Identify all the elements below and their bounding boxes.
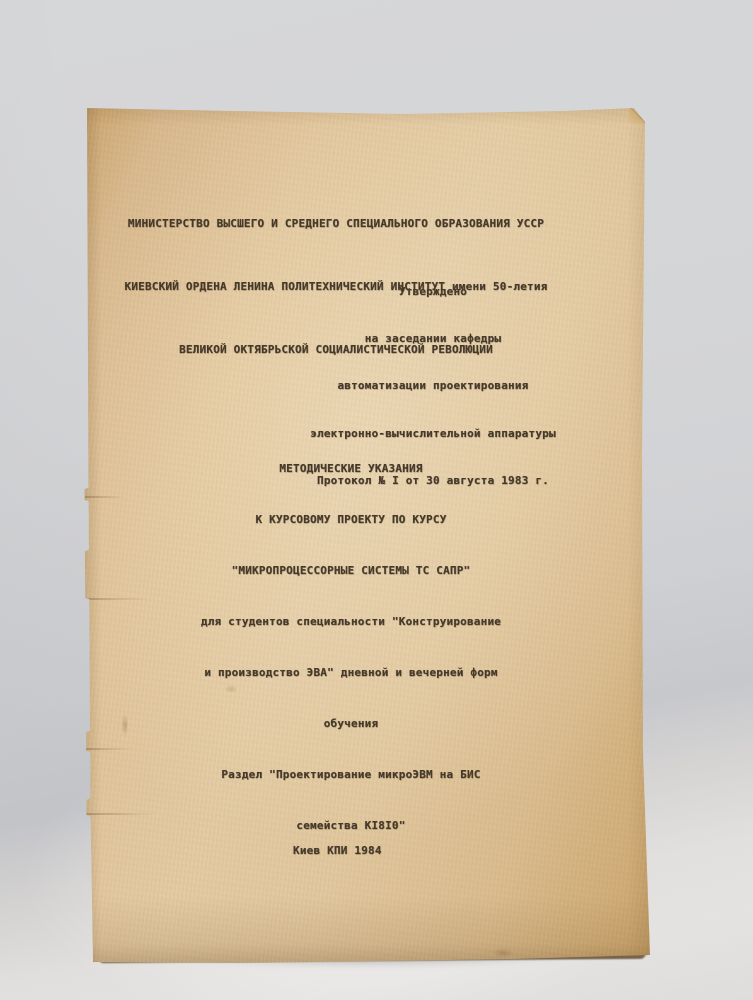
imprint-line: Киев КПИ 1984	[293, 844, 382, 858]
title-line: К КУРСОВОМУ ПРОЕКТУ ПО КУРСУ	[87, 511, 615, 528]
title-line: обучения	[87, 715, 615, 732]
approval-line: Утверждено	[253, 284, 613, 300]
approval-line: на заседании кафедры	[253, 331, 613, 347]
title-block: МЕТОДИЧЕСКИЕ УКАЗАНИЯ К КУРСОВОМУ ПРОЕКТ…	[87, 426, 615, 868]
photo-frame: МИНИСТЕРСТВО ВЫСШЕГО И СРЕДНЕГО СПЕЦИАЛЬ…	[0, 0, 753, 1000]
title-line: и производство ЭВА" дневной и вечерней ф…	[87, 664, 615, 681]
title-line: МЕТОДИЧЕСКИЕ УКАЗАНИЯ	[87, 460, 615, 477]
title-line: для студентов специальности "Конструиров…	[87, 613, 615, 630]
booklet-cover: МИНИСТЕРСТВО ВЫСШЕГО И СРЕДНЕГО СПЕЦИАЛЬ…	[83, 103, 653, 965]
corner-fold	[629, 107, 646, 123]
title-line: семейства КI8I0"	[87, 817, 615, 834]
header-line: МИНИСТЕРСТВО ВЫСШЕГО И СРЕДНЕГО СПЕЦИАЛЬ…	[83, 213, 589, 234]
title-line: "МИКРОПРОЦЕССОРНЫЕ СИСТЕМЫ ТС САПР"	[87, 562, 615, 579]
approval-line: автоматизации проектирования	[253, 378, 613, 394]
title-line: Раздел "Проектирование микроЭВМ на БИС	[87, 766, 615, 783]
